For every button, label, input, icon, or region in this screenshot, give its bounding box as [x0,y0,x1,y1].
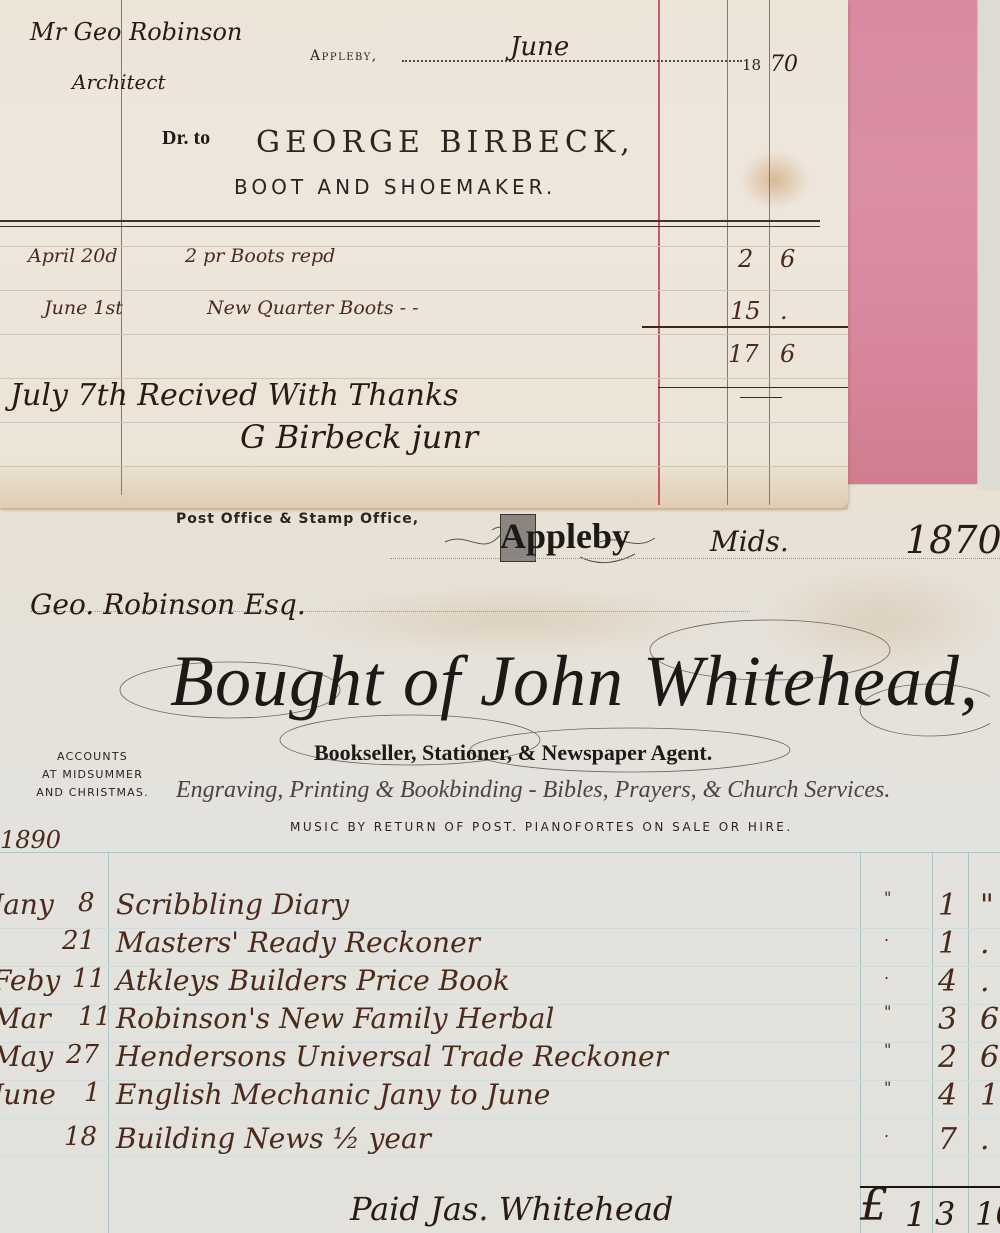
debtor-prefix: Dr. to [162,127,210,150]
accounts-note-line: AND CHRISTMAS. [30,784,155,802]
total-pence: 6 [780,340,795,368]
item-pence: " [980,888,994,923]
header-rule [0,220,820,222]
item-day: 8 [78,888,95,918]
paper-edge [977,0,1000,490]
pink-blotter-paper [845,0,977,484]
item-month: May [0,1040,53,1073]
item-day: 11 [78,1002,111,1032]
line-item-row: June 1 English Mechanic Jany to June " 4… [0,1078,1000,1116]
total-shillings: 3 [935,1195,955,1233]
item-description: Robinson's New Family Herbal [116,1002,554,1035]
date-month: June [510,32,569,62]
item-shillings: 1 [938,926,957,961]
header-rule [0,852,1000,853]
line-item-row: May 27 Hendersons Universal Trade Reckon… [0,1040,1000,1078]
accounts-note-line: ACCOUNTS [30,748,155,766]
item-description: English Mechanic Jany to June [116,1078,550,1111]
item-pounds: " [884,1078,891,1097]
ruled-line [0,466,848,467]
merchant-heading: Bought of John Whitehead, [170,640,979,723]
line-item-row: Mar 11 Robinson's New Family Herbal " 3 … [0,1002,1000,1040]
item-date: June 1st [44,297,123,319]
header-rule [0,226,820,227]
receipt-acknowledgement: July 7th Recived With Thanks [10,378,459,413]
merchant-services: Engraving, Printing & Bookbinding - Bibl… [176,777,890,804]
total-row: 17 6 [0,340,848,380]
customer-name: Mr Geo Robinson [30,18,242,46]
item-shillings: 3 [938,1002,957,1037]
line-item-row: June 1st New Quarter Boots - - 15 . [0,297,848,337]
item-description: Masters' Ready Reckoner [116,926,480,959]
item-pounds: " [884,888,891,907]
line-item-row: Jany 8 Scribbling Diary " 1 " [0,888,1000,926]
item-shillings: 4 [938,964,957,999]
merchant-signature: G Birbeck junr [240,418,478,456]
item-pence: . [780,297,788,325]
line-item-row: 18 Building News ½ year . 7 . [0,1122,1000,1160]
item-description: Hendersons Universal Trade Reckoner [116,1040,668,1073]
item-day: 18 [64,1122,97,1152]
merchant-trade: Bookseller, Stationer, & Newspaper Agent… [314,740,712,766]
item-description: Atkleys Builders Price Book [116,964,510,997]
item-shillings: 2 [738,245,753,273]
item-day: 27 [66,1040,99,1070]
item-pounds: . [884,964,889,983]
paper-stain [0,460,848,510]
customer-occupation: Architect [72,70,166,94]
post-office-heading: Post Office & Stamp Office, [176,511,419,527]
birbeck-receipt: Mr Geo Robinson Architect Appleby, June … [0,0,848,508]
year-column: 1890 [0,826,61,854]
item-day: 21 [62,926,95,956]
item-description: Scribbling Diary [116,888,349,921]
ruled-line [0,1118,1000,1119]
item-pence: 6 [980,1002,999,1037]
total-shillings: 17 [728,340,759,368]
item-pounds: " [884,1002,891,1021]
item-shillings: 2 [938,1040,957,1075]
item-month: Mar [0,1002,51,1035]
item-pence: . [980,926,990,961]
paid-signature: Paid Jas. Whitehead [350,1190,673,1228]
subtotal-rule [642,326,848,328]
item-shillings: 4 [938,1078,957,1113]
accounts-note: ACCOUNTS AT MIDSUMMER AND CHRISTMAS. [30,748,155,802]
item-description: New Quarter Boots - - [207,297,419,319]
item-pence: 10 [980,1078,1000,1113]
item-shillings: 1 [938,888,957,923]
line-item-row: 21 Masters' Ready Reckoner . 1 . [0,926,1000,964]
total-pounds: 1 [905,1195,927,1233]
item-day: 1 [84,1078,101,1108]
total-pence: 10 [975,1195,1000,1233]
date-year: 1870 [905,518,1000,562]
date-year: 70 [770,52,798,77]
item-month: Feby [0,964,60,997]
item-pounds: " [884,1040,891,1059]
item-pounds: . [884,1122,889,1141]
item-pounds: . [884,926,889,945]
total-rule [658,387,848,388]
item-month: Jany [0,888,54,921]
item-month: June [0,1078,56,1111]
item-shillings: 7 [938,1122,957,1157]
merchant-trade: BOOT AND SHOEMAKER. [234,175,556,199]
item-description: Building News ½ year [116,1122,431,1155]
date-century: 18 [742,56,761,74]
merchant-name: GEORGE BIRBECK, [256,125,635,160]
item-pence: 6 [780,245,795,273]
pound-symbol: £ [860,1180,888,1231]
town-name: Appleby [500,515,630,557]
item-date: April 20d [28,245,118,267]
line-item-row: Feby 11 Atkleys Builders Price Book . 4 … [0,964,1000,1002]
item-day: 11 [72,964,105,994]
ruled-line [0,290,848,291]
item-pence: . [980,964,990,999]
accounts-note-line: AT MIDSUMMER [30,766,155,784]
item-pence: 6 [980,1040,999,1075]
line-item-row: April 20d 2 pr Boots repd 2 6 [0,245,848,285]
item-description: 2 pr Boots repd [185,245,335,267]
total-rule [740,397,782,398]
paper-stain [740,150,810,210]
merchant-tagline: MUSIC BY RETURN OF POST. PIANOFORTES ON … [290,820,793,834]
date-month: Mids. [710,525,789,558]
item-shillings: 15 [730,297,761,325]
town-label: Appleby, [310,48,378,64]
item-pence: . [980,1122,990,1157]
date-dotted-line [402,60,742,62]
